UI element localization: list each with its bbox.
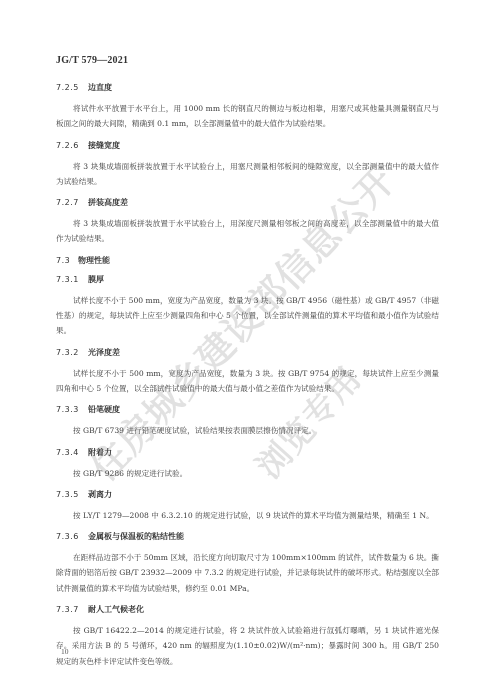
document-code: JG/T 579—2021 [56,55,128,66]
section-heading-7-3-3: 7.3.3铅笔硬度 [56,404,439,416]
section-text-7-3-5: 按 LY/T 1279—2008 中 6.3.2.10 的规定进行试验，以 9 … [56,508,439,523]
document-body: 7.2.5边直度 将试件水平放置于水平台上，用 1000 mm 长的钢直尺的侧边… [56,82,439,677]
section-text-7-3-3: 按 GB/T 6739 进行铅笔硬度试验，试验结果按表面膜层擦伤情况评定。 [56,423,439,438]
section-heading-7-3-1: 7.3.1膜厚 [56,274,439,286]
section-heading-7-3: 7.3物理性能 [56,255,439,267]
section-heading-7-2-7: 7.2.7拼装高度差 [56,197,439,209]
section-text-7-2-5: 将试件水平放置于水平台上，用 1000 mm 长的钢直尺的侧边与板边相靠，用塞尺… [56,101,439,132]
section-text-7-2-6: 将 3 块集成墙面板拼装放置于水平试验台上，用塞尺测量相邻板间的缝隙宽度，以全部… [56,159,439,190]
section-text-7-3-6: 在距样品边部不小于 50mm 区域，沿长度方向切取尺寸为 100mm×100mm… [56,550,439,596]
section-text-7-3-7: 按 GB/T 16422.2—2014 的规定进行试验，将 2 块试件放入试验箱… [56,623,439,669]
section-heading-7-2-6: 7.2.6接缝宽度 [56,140,439,152]
section-heading-7-2-5: 7.2.5边直度 [56,82,439,94]
page-number: 10 [61,647,69,656]
section-heading-7-3-7: 7.3.7耐人工气候老化 [56,604,439,616]
section-text-7-3-4: 按 GB/T 9286 的规定进行试验。 [56,466,439,481]
section-text-7-3-2: 试样长度不小于 500 mm，宽度为产品宽度，数量为 3 块。按 GB/T 97… [56,366,439,397]
section-heading-7-3-6: 7.3.6金属板与保温板的粘结性能 [56,531,439,543]
section-heading-7-3-4: 7.3.4附着力 [56,447,439,459]
section-text-7-3-1: 试样长度不小于 500 mm，宽度为产品宽度，数量为 3 块。按 GB/T 49… [56,293,439,339]
section-heading-7-3-2: 7.3.2光泽度差 [56,347,439,359]
section-heading-7-3-5: 7.3.5剥离力 [56,489,439,501]
section-text-7-2-7: 将 3 块集成墙面板拼装放置于水平试验台上，用深度尺测量相邻板之间的高度差，以全… [56,216,439,247]
document-page: JG/T 579—2021 7.2.5边直度 将试件水平放置于水平台上，用 10… [0,0,495,700]
